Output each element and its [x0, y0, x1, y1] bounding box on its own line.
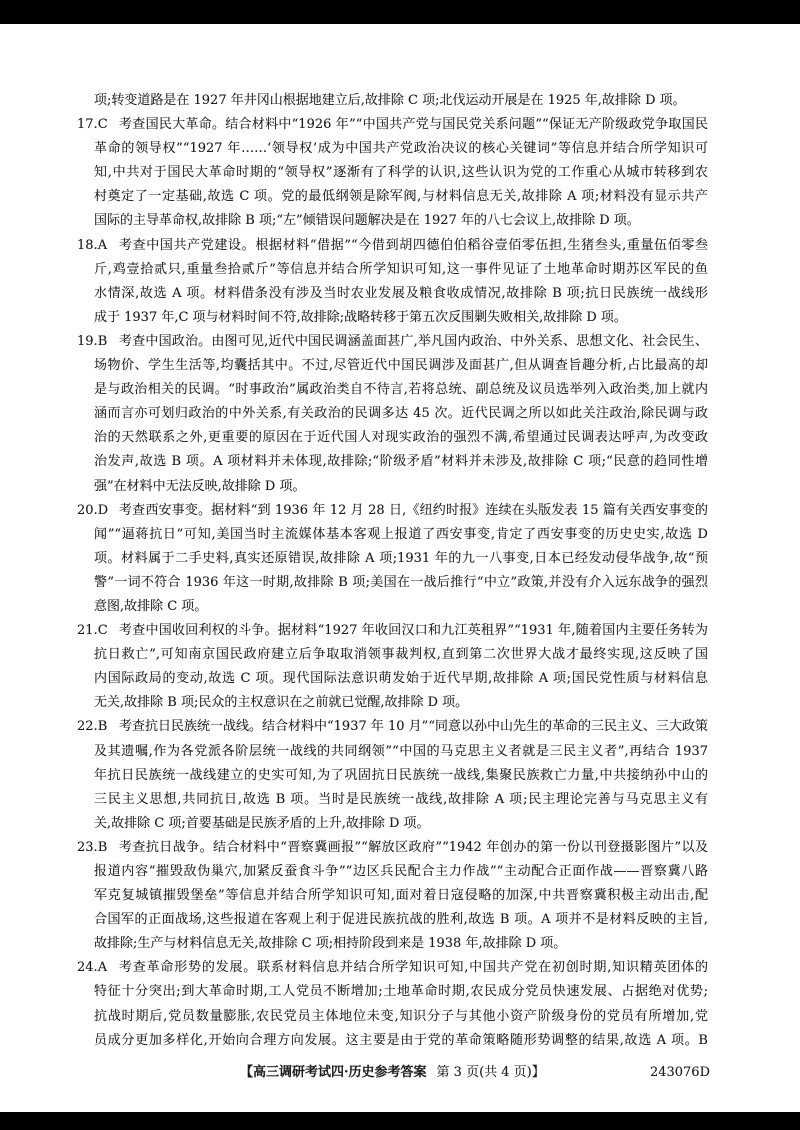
text-line: 报道内容“摧毁敌伪巢穴,加紧反蚕食斗争”“边区兵民配合主力作战”“主动配合正面作… — [77, 860, 708, 884]
text-line: 抗战时期后,党员数量膨胀,农民党员主体地位未变,知识分子与其他小资产阶级身份的党… — [77, 1005, 708, 1029]
number-label: 18. — [77, 238, 98, 253]
answer-letter: A — [98, 960, 107, 975]
number-label: 23. — [77, 840, 98, 855]
question-number: 18.A — [77, 234, 119, 258]
item-first-line: 23.B 考查抗日战争。结合材料中“晋察冀画报”“解放区政府”“1942 年创办… — [77, 836, 708, 860]
number-label: 17. — [77, 117, 98, 132]
answer-explanations: 项;转变道路是在 1927 年井冈山根据地建立后,故排除 C 项;北伐运动开展是… — [77, 89, 708, 1053]
number-label: 22. — [77, 719, 98, 734]
carryover-line: 项;转变道路是在 1927 年井冈山根据地建立后,故排除 C 项;北伐运动开展是… — [77, 89, 708, 113]
text-line: 员成分更加多样化,开始向合理方向发展。这主要是由于党的革命策略随形势调整的结果,… — [77, 1029, 708, 1053]
scan-border-bottom — [0, 1112, 800, 1130]
text-line: 特征十分突出;到大革命时期,工人党员不断增加;土地革命时期,农民成分党员快速发展… — [77, 980, 708, 1004]
document-code: 243076D — [650, 1063, 710, 1083]
answer-item-22: 22.B 考查抗日民族统一战线。结合材料中“1937 年 10 月”“同意以孙中… — [77, 715, 708, 835]
text-line: 考查中国共产党建设。根据材料“借据”“今借到胡四德伯伯稻谷壹佰零伍担,生猪叁头,… — [119, 234, 708, 258]
text-line: 年抗日民族统一战线建立的史实可知,为了巩固抗日民族统一战线,集聚民族救亡力量,中… — [77, 764, 708, 788]
answer-letter: B — [98, 840, 108, 855]
question-number: 20.D — [77, 499, 119, 523]
text-line: 警”一词不符合 1936 年这一时期,故排除 B 项;美国在一战后推行“中立”政… — [77, 571, 708, 595]
text-line: 国际的主导革命权,故排除 B 项;“左”倾错误问题解决是在 1927 年的八七会… — [77, 209, 708, 233]
question-number: 19.B — [77, 330, 119, 354]
question-number: 24.A — [77, 956, 119, 980]
answer-item-19: 19.B 考查中国政治。由图可见,近代中国民调涵盖面甚广,举凡国内政治、中外关系… — [77, 330, 708, 499]
text-line: 革命的领导权”“1927 年……‘领导权’成为中国共产党政治决议的核心关键词”等… — [77, 137, 708, 161]
answer-letter: B — [98, 719, 108, 734]
text-line: 考查中国政治。由图可见,近代中国民调涵盖面甚广,举凡国内政治、中外关系、思想文化… — [119, 330, 708, 354]
text-line: 内国际政局的变动,故选 C 项。现代国际法意识萌发始于近代早期,故排除 A 项;… — [77, 667, 708, 691]
footer-page-info: 第 3 页(共 4 页)】 — [437, 1065, 545, 1080]
text-line: 是与政治相关的民调。“时事政治”属政治类自不待言,若将总统、副总统及议员选举列入… — [77, 378, 708, 402]
page-footer: 【高三调研考试四·历史参考答案第 3 页(共 4 页)】 243076D — [240, 1063, 710, 1083]
scanned-page: 项;转变道路是在 1927 年井冈山根据地建立后,故排除 C 项;北伐运动开展是… — [0, 0, 800, 1130]
text-line: 项。材料属于二手史料,真实还原错误,故排除 A 项;1931 年的九一八事变,日… — [77, 547, 708, 571]
question-number: 22.B — [77, 715, 119, 739]
text-line: 故排除;生产与材料信息无关,故排除 C 项;相持阶段到来是 1938 年,故排除… — [77, 932, 708, 956]
text-line: 考查中国收回利权的斗争。据材料“1927 年收回汉口和九江英租界”“1931 年… — [119, 619, 708, 643]
text-line: 考查抗日战争。结合材料中“晋察冀画报”“解放区政府”“1942 年创办的第一份以… — [119, 836, 708, 860]
text-line: 考查国民大革命。结合材料中“1926 年”“中国共产党与国民党关系问题”“保证无… — [119, 113, 708, 137]
scan-border-top — [0, 0, 800, 24]
text-line: 考查西安事变。据材料“到 1936 年 12 月 28 日,《纽约时报》连续在头… — [119, 499, 708, 523]
item-first-line: 18.A 考查中国共产党建设。根据材料“借据”“今借到胡四德伯伯稻谷壹佰零伍担,… — [77, 234, 708, 258]
answer-item-20: 20.D 考查西安事变。据材料“到 1936 年 12 月 28 日,《纽约时报… — [77, 499, 708, 619]
question-number: 23.B — [77, 836, 119, 860]
text-line: 无关,故排除 B 项;民众的主权意识在之前就已觉醒,故排除 D 项。 — [77, 691, 708, 715]
answer-letter: C — [98, 117, 108, 132]
answer-item-17: 17.C 考查国民大革命。结合材料中“1926 年”“中国共产党与国民党关系问题… — [77, 113, 708, 233]
text-line: 及其遗嘱,作为各党派各阶层统一战线的共同纲领”“中国的马克思主义者就是三民主义者… — [77, 740, 708, 764]
text-line: 军克复城镇摧毁堡垒”等信息并结合所学知识可知,面对着日寇侵略的加深,中共晋察冀积… — [77, 884, 708, 908]
number-label: 20. — [77, 503, 98, 518]
item-first-line: 20.D 考查西安事变。据材料“到 1936 年 12 月 28 日,《纽约时报… — [77, 499, 708, 523]
question-number: 21.C — [77, 619, 119, 643]
number-label: 21. — [77, 623, 98, 638]
question-number: 17.C — [77, 113, 119, 137]
text-line: 水情深,故选 A 项。材料借条没有涉及当时农业发展及粮食收成情况,故排除 B 项… — [77, 282, 708, 306]
text-line: 意图,故排除 C 项。 — [77, 595, 708, 619]
answer-letter: B — [98, 334, 108, 349]
text-line: 斤,鸡壹拾贰只,重量叁拾贰斤”等信息并结合所学知识可知,这一事件见证了土地革命时… — [77, 258, 708, 282]
item-first-line: 24.A 考查革命形势的发展。联系材料信息并结合所学知识可知,中国共产党在初创时… — [77, 956, 708, 980]
item-first-line: 17.C 考查国民大革命。结合材料中“1926 年”“中国共产党与国民党关系问题… — [77, 113, 708, 137]
text-line: 强”在材料中无法反映,故排除 D 项。 — [77, 475, 708, 499]
answer-item-23: 23.B 考查抗日战争。结合材料中“晋察冀画报”“解放区政府”“1942 年创办… — [77, 836, 708, 956]
text-line: 场物价、学生生活等,均囊括其中。不过,尽管近代中国民调涉及面甚广,但从调查旨趣分… — [77, 354, 708, 378]
answer-letter: A — [98, 238, 107, 253]
text-line: 治的天然联系之外,更重要的原因在于近代国人对现实政治的强烈不满,希望通过民调表达… — [77, 426, 708, 450]
number-label: 19. — [77, 334, 98, 349]
answer-item-24: 24.A 考查革命形势的发展。联系材料信息并结合所学知识可知,中国共产党在初创时… — [77, 956, 708, 1052]
text-line: 成于 1937 年,C 项与材料时间不符,故排除;战略转移于第五次反围剿失败相关… — [77, 306, 708, 330]
answer-item-21: 21.C 考查中国收回利权的斗争。据材料“1927 年收回汉口和九江英租界”“1… — [77, 619, 708, 715]
text-line: 村奠定了一定基础,故选 C 项。党的最低纲领是除军阀,与材料信息无关,故排除 A… — [77, 185, 708, 209]
number-label: 24. — [77, 960, 98, 975]
text-line: 合国军的正面战场,这些报道在客观上利于促进民族抗战的胜利,故选 B 项。A 项并… — [77, 908, 708, 932]
item-first-line: 21.C 考查中国收回利权的斗争。据材料“1927 年收回汉口和九江英租界”“1… — [77, 619, 708, 643]
text-line: 抗日救亡”,可知南京国民政府建立后争取取消领事裁判权,直到第二次世界大战才最终实… — [77, 643, 708, 667]
answer-item-18: 18.A 考查中国共产党建设。根据材料“借据”“今借到胡四德伯伯稻谷壹佰零伍担,… — [77, 234, 708, 330]
item-first-line: 19.B 考查中国政治。由图可见,近代中国民调涵盖面甚广,举凡国内政治、中外关系… — [77, 330, 708, 354]
text-line: 三民主义思想,共同抗日,故选 B 项。当时是民族统一战线,故排除 A 项;民主理… — [77, 788, 708, 812]
text-line: 考查革命形势的发展。联系材料信息并结合所学知识可知,中国共产党在初创时期,知识精… — [119, 956, 708, 980]
answer-letter: D — [98, 503, 108, 518]
text-line: 涵而言亦可划归政治的中外关系,有关政治的民调多达 45 次。近代民调之所以如此关… — [77, 402, 708, 426]
text-line: 考查抗日民族统一战线。结合材料中“1937 年 10 月”“同意以孙中山先生的革… — [119, 715, 708, 739]
answer-letter: C — [98, 623, 108, 638]
text-line: 闻”“逼蒋抗日”可知,美国当时主流媒体基本客观上报道了西安事变,肯定了西安事变的… — [77, 523, 708, 547]
text-line: 关,故排除 C 项;首要基础是民族矛盾的上升,故排除 D 项。 — [77, 812, 708, 836]
text-line: 治发声,故选 B 项。A 项材料并未体现,故排除;“阶级矛盾”材料并未涉及,故排… — [77, 450, 708, 474]
footer-title: 【高三调研考试四·历史参考答案 — [240, 1065, 427, 1080]
text-line: 知,中共对于国民大革命时期的“领导权”逐渐有了科学的认识,这些认识为党的工作重心… — [77, 161, 708, 185]
item-first-line: 22.B 考查抗日民族统一战线。结合材料中“1937 年 10 月”“同意以孙中… — [77, 715, 708, 739]
